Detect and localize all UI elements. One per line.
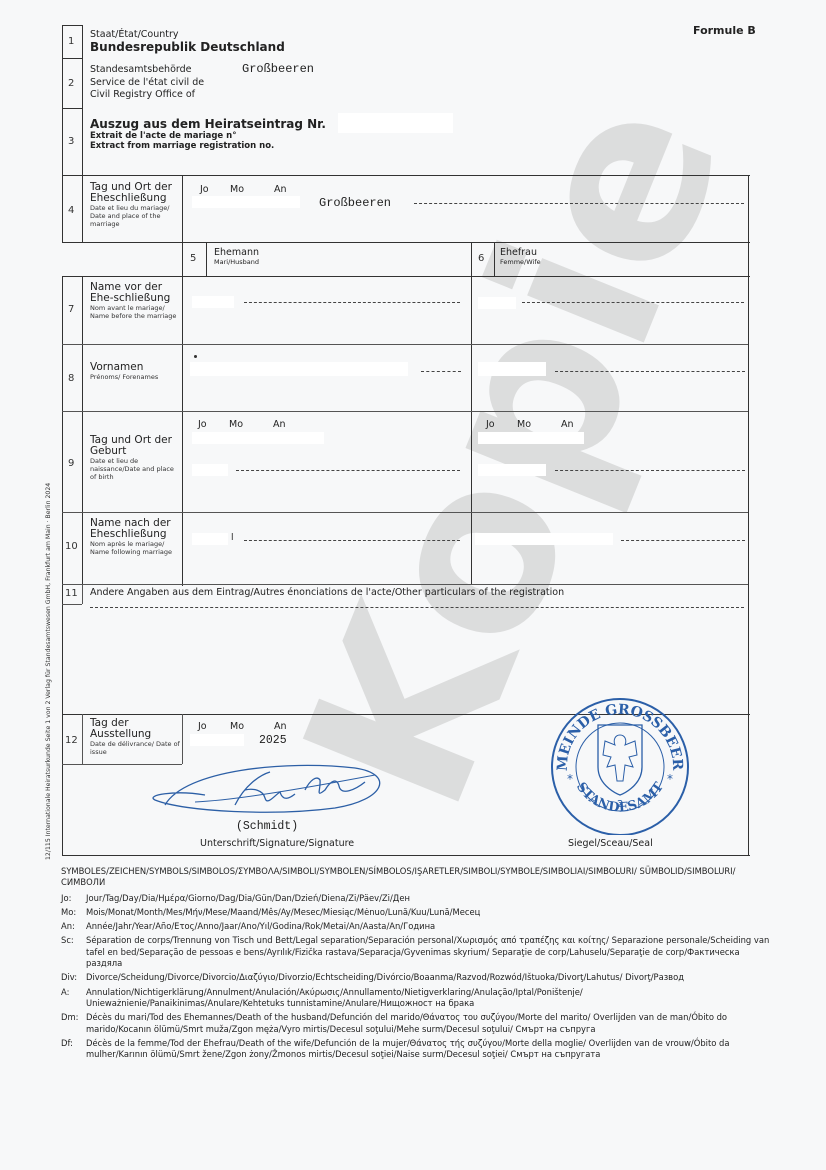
field-number: 6 bbox=[478, 253, 484, 264]
legend-row: A:Annulation/Nichtigerklärung/Annulment/… bbox=[61, 987, 771, 1010]
svg-text:*: * bbox=[567, 772, 573, 786]
side-publisher-note: 12/115 Internationale Heiratsurkunde Sei… bbox=[45, 483, 52, 860]
redacted-wife-birth-date bbox=[478, 432, 584, 444]
legend-key: Dm: bbox=[61, 1012, 86, 1035]
redacted-marriage-date bbox=[192, 196, 300, 208]
redacted-husband-birth-date bbox=[192, 432, 324, 444]
signatory-name: (Schmidt) bbox=[236, 820, 298, 833]
svg-text:*: * bbox=[667, 772, 673, 786]
field-extract-number: Auszug aus dem Heiratseintrag Nr. Extrai… bbox=[90, 117, 326, 151]
redacted-wife-name-before bbox=[478, 297, 516, 309]
symbols-legend: SYMBOLES/ZEICHEN/SYMBOLS/SIMBOLOS/ΣΥΜΒΟΛ… bbox=[61, 866, 771, 1063]
registry-label-en: Civil Registry Office of bbox=[90, 89, 204, 102]
birth-label-de: Tag und Ort der Geburt bbox=[90, 435, 182, 457]
husband-header: Ehemann Mari/Husband bbox=[214, 247, 259, 266]
field-birth-date-place: Tag und Ort der Geburt Date et lieu de n… bbox=[90, 435, 182, 481]
name-after-label-de: Name nach der Eheschließung bbox=[90, 518, 182, 540]
legend-text: Décès du mari/Tod des Ehemannes/Death of… bbox=[86, 1012, 771, 1035]
day-label: Jo bbox=[486, 419, 495, 430]
field-forenames: Vornamen Prénoms/ Forenames bbox=[90, 362, 182, 381]
redacted-husband-name-after bbox=[192, 533, 228, 545]
field-registry-office: Standesamtsbehörde Service de l'état civ… bbox=[90, 64, 204, 102]
field-number: 9 bbox=[68, 458, 74, 469]
legend-text: Jour/Tag/Day/Dia/Ημέρα/Giorno/Dag/Dia/Gü… bbox=[86, 893, 771, 904]
legend-key: Df: bbox=[61, 1038, 86, 1061]
redacted-extract-number bbox=[338, 113, 453, 133]
legend-text: Annulation/Nichtigerklärung/Annulment/An… bbox=[86, 987, 771, 1010]
legend-key: Sc: bbox=[61, 935, 86, 969]
field-number: 4 bbox=[68, 205, 74, 216]
field-number: 10 bbox=[65, 541, 78, 552]
legend-title: SYMBOLES/ZEICHEN/SYMBOLS/SIMBOLOS/ΣΥΜΒΟΛ… bbox=[61, 866, 751, 889]
wife-header: Ehefrau Femme/Wife bbox=[500, 247, 541, 266]
field-number: 12 bbox=[65, 735, 78, 746]
form-id: Formule B bbox=[693, 24, 756, 37]
legend-text: Divorce/Scheidung/Divorce/Divorcio/Διαζύ… bbox=[86, 972, 771, 983]
marriage-label-de: Tag und Ort der Eheschließung bbox=[90, 182, 182, 204]
registry-office-value: Großbeeren bbox=[242, 62, 314, 76]
field-number: 5 bbox=[190, 253, 196, 264]
field-name-after: Name nach der Eheschließung Nom après le… bbox=[90, 518, 182, 556]
month-label: Mo bbox=[229, 419, 243, 430]
legend-row: Mo:Mois/Monat/Month/Mes/Μήν/Mese/Maand/M… bbox=[61, 907, 771, 918]
legend-text: Décès de la femme/Tod der Ehefrau/Death … bbox=[86, 1038, 771, 1061]
legend-row: An:Année/Jahr/Year/Año/Ετος/Anno/Jaar/An… bbox=[61, 921, 771, 932]
field-name-before: Name vor der Ehe-schließung Nom avant le… bbox=[90, 282, 182, 320]
redacted-wife-name-after bbox=[475, 533, 613, 545]
redacted-husband-name-before bbox=[192, 296, 234, 308]
legend-key: Jo: bbox=[61, 893, 86, 904]
registry-label-de: Standesamtsbehörde bbox=[90, 64, 204, 77]
signature-scribble bbox=[145, 750, 405, 825]
official-seal-icon: GEMEINDE GROSSBEEREN STANDESAMT * * 2 bbox=[545, 695, 695, 835]
wife-label: Ehefrau bbox=[500, 247, 541, 258]
legend-row: Jo:Jour/Tag/Day/Dia/Ημέρα/Giorno/Dag/Dia… bbox=[61, 893, 771, 904]
marriage-label-sub: Date et lieu du mariage/ Date and place … bbox=[90, 204, 182, 228]
svg-text:STANDESAMT: STANDESAMT bbox=[573, 780, 667, 816]
forenames-label-sub: Prénoms/ Forenames bbox=[90, 373, 182, 381]
redacted-husband-birth-place bbox=[192, 464, 228, 476]
legend-text: Année/Jahr/Year/Año/Ετος/Anno/Jaar/Ano/Y… bbox=[86, 921, 771, 932]
year-label: An bbox=[273, 419, 286, 430]
legend-row: Df:Décès de la femme/Tod der Ehefrau/Dea… bbox=[61, 1038, 771, 1061]
field-number: 1 bbox=[68, 36, 74, 47]
redacted-wife-birth-place bbox=[478, 464, 546, 476]
day-label: Jo bbox=[200, 184, 209, 195]
country-label: Staat/État/Country bbox=[90, 29, 285, 40]
day-label: Jo bbox=[198, 419, 207, 430]
year-label: An bbox=[274, 184, 287, 195]
field-number: 8 bbox=[68, 373, 74, 384]
signature-caption: Unterschrift/Signature/Signature bbox=[200, 838, 354, 849]
redacted-husband-forenames bbox=[190, 362, 408, 376]
legend-row: Div:Divorce/Scheidung/Divorce/Divorcio/Δ… bbox=[61, 972, 771, 983]
husband-label: Ehemann bbox=[214, 247, 259, 258]
extract-label-de: Auszug aus dem Heiratseintrag Nr. bbox=[90, 117, 326, 131]
legend-text: Séparation de corps/Trennung von Tisch u… bbox=[86, 935, 771, 969]
husband-sub: Mari/Husband bbox=[214, 258, 259, 266]
field-marriage-date-place: Tag und Ort der Eheschließung Date et li… bbox=[90, 182, 182, 228]
legend-key: An: bbox=[61, 921, 86, 932]
birth-label-sub: Date et lieu de naissance/Date and place… bbox=[90, 457, 182, 481]
year-label: An bbox=[274, 721, 287, 732]
field-number: 7 bbox=[68, 304, 74, 315]
name-after-mark: l bbox=[231, 533, 234, 543]
wife-sub: Femme/Wife bbox=[500, 258, 541, 266]
year-label: An bbox=[561, 419, 574, 430]
svg-text:2: 2 bbox=[617, 799, 623, 810]
name-after-label-sub: Nom après le mariage/ Name following mar… bbox=[90, 540, 182, 556]
extract-label-en: Extract from marriage registration no. bbox=[90, 141, 326, 151]
redacted-issue-date bbox=[190, 734, 244, 746]
country-value: Bundesrepublik Deutschland bbox=[90, 40, 285, 54]
month-label: Mo bbox=[230, 721, 244, 732]
extract-label-fr: Extrait de l'acte de mariage n° bbox=[90, 131, 326, 141]
issue-label-de: Tag der Ausstellung bbox=[90, 718, 182, 740]
marriage-place-value: Großbeeren bbox=[319, 196, 391, 210]
name-before-label-de: Name vor der Ehe-schließung bbox=[90, 282, 182, 304]
other-particulars-label: Andere Angaben aus dem Eintrag/Autres én… bbox=[90, 587, 564, 598]
svg-text:GEMEINDE GROSSBEEREN: GEMEINDE GROSSBEEREN bbox=[545, 695, 685, 772]
field-number: 3 bbox=[68, 136, 74, 147]
legend-text: Mois/Monat/Month/Mes/Μήν/Mese/Maand/Mês/… bbox=[86, 907, 771, 918]
month-label: Mo bbox=[230, 184, 244, 195]
legend-key: Div: bbox=[61, 972, 86, 983]
legend-key: A: bbox=[61, 987, 86, 1010]
legend-row: Sc:Séparation de corps/Trennung von Tisc… bbox=[61, 935, 771, 969]
issue-year-value: 2025 bbox=[259, 734, 287, 747]
field-country: Staat/État/Country Bundesrepublik Deutsc… bbox=[90, 29, 285, 54]
field-number: 2 bbox=[68, 78, 74, 89]
registry-label-fr: Service de l'état civil de bbox=[90, 77, 204, 90]
day-label: Jo bbox=[198, 721, 207, 732]
month-label: Mo bbox=[517, 419, 531, 430]
legend-row: Dm:Décès du mari/Tod des Ehemannes/Death… bbox=[61, 1012, 771, 1035]
name-before-label-sub: Nom avant le mariage/ Name before the ma… bbox=[90, 304, 182, 320]
seal-caption: Siegel/Sceau/Seal bbox=[568, 838, 653, 849]
legend-key: Mo: bbox=[61, 907, 86, 918]
forenames-label-de: Vornamen bbox=[90, 362, 182, 373]
redacted-wife-forenames bbox=[478, 362, 546, 376]
field-number: 11 bbox=[65, 588, 78, 599]
